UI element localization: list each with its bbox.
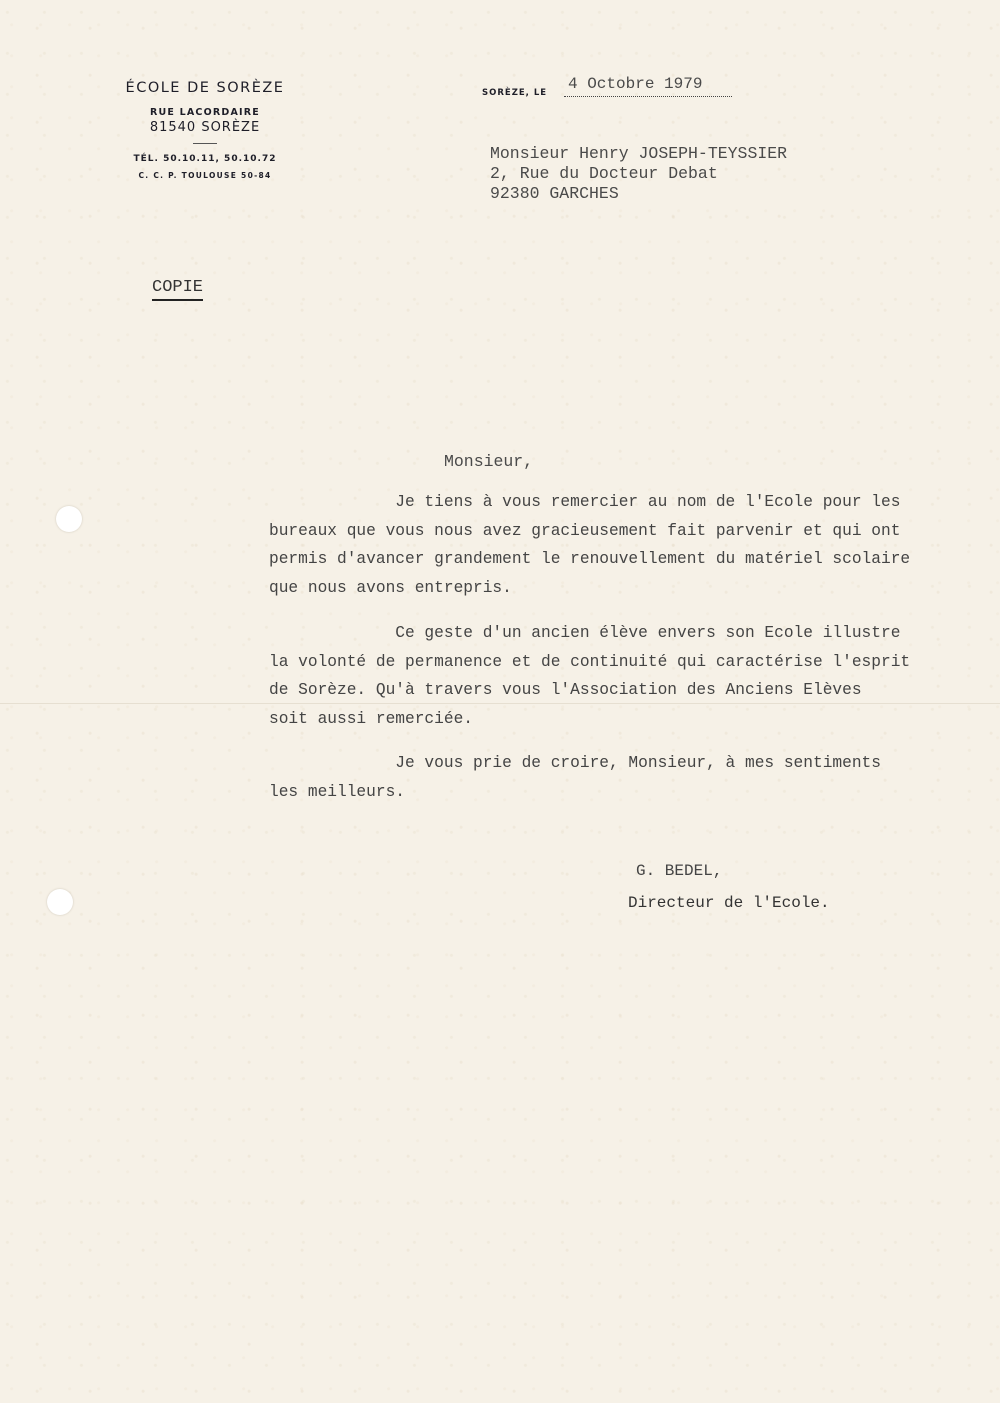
copy-mark: COPIE [152,278,203,301]
recipient-address: Monsieur Henry JOSEPH-TEYSSIER2, Rue du … [490,144,787,204]
institution-street: RUE LACORDAIRE [92,107,318,118]
punch-hole-top [56,506,82,532]
salutation: Monsieur, [444,452,533,471]
institution-city: 81540 SORÈZE [92,120,318,135]
recipient-city: 92380 GARCHES [490,184,787,204]
letterhead-divider [193,143,217,144]
body-paragraph: Je tiens à vous remercier au nom de l'Ec… [269,488,999,603]
scan-edge [0,1403,1000,1413]
institution-ccp: C. C. P. TOULOUSE 50-84 [92,171,318,180]
institution-name: ÉCOLE DE SORÈZE [92,80,318,96]
recipient-street: 2, Rue du Docteur Debat [490,164,787,184]
letterhead: ÉCOLE DE SORÈZE RUE LACORDAIRE 81540 SOR… [92,80,318,180]
signatory-title: Directeur de l'Ecole. [628,894,830,912]
date-dotted-line [564,96,732,97]
closing-paragraph: Je vous prie de croire, Monsieur, à mes … [269,749,999,806]
letter-date: 4 Octobre 1979 [568,75,702,93]
institution-telephone: TÉL. 50.10.11, 50.10.72 [92,154,318,164]
body-paragraph: Ce geste d'un ancien élève envers son Ec… [269,619,999,734]
date-prefix: SORÈZE, LE [482,88,547,98]
signatory-name: G. BEDEL, [636,862,722,880]
recipient-name: Monsieur Henry JOSEPH-TEYSSIER [490,144,787,164]
punch-hole-bottom [47,889,73,915]
